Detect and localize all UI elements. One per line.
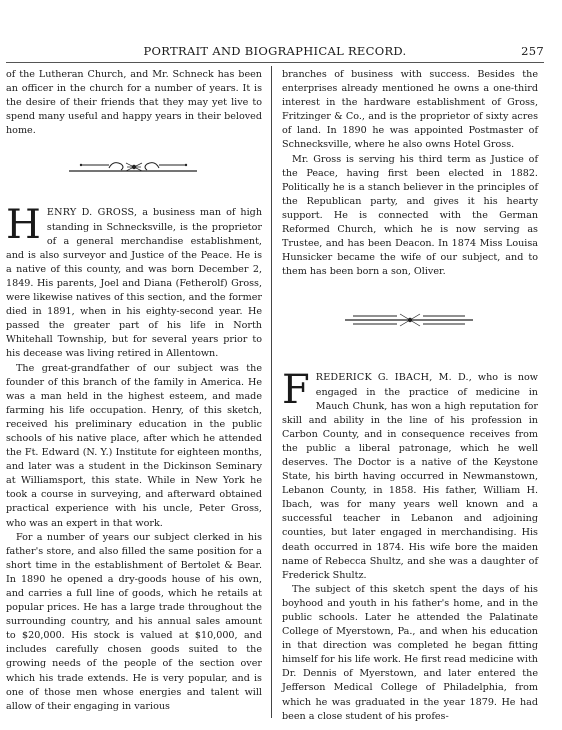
schneck-continuation: of the Lutheran Church, and Mr. Schneck … [6,68,262,138]
ibach-lead-name: REDERICK G. IBACH, M. D., [316,372,472,383]
gross-paragraph-4: Mr. Gross is serving his third term as J… [282,153,538,280]
left-column: of the Lutheran Church, and Mr. Schneck … [6,68,262,714]
ibach-p1-text: who is now engaged in the practice of me… [282,372,538,580]
page-number: 257 [521,44,544,58]
gross-p1-text: a business man of high standing in Schne… [6,207,262,359]
gross-paragraph-3: For a number of years our subject clerke… [6,531,262,714]
gross-paragraph-2: The great-grandfather of our subject was… [6,362,262,531]
right-column: branches of business with success. Besid… [282,68,538,724]
ornament-divider-icon [69,160,199,176]
header-rule [6,62,544,63]
running-title: PORTRAIT AND BIOGRAPHICAL RECORD. [6,44,544,58]
ibach-paragraph-1: FREDERICK G. IBACH, M. D., who is now en… [282,371,538,582]
drop-cap-h: H [6,208,41,242]
gross-lead-name: ENRY D. GROSS, [47,207,137,218]
column-divider [271,66,272,718]
ibach-paragraph-2: The subject of this sketch spent the day… [282,583,538,724]
gross-paragraph-1: HENRY D. GROSS, a business man of high s… [6,206,262,361]
gross-paragraph-3-continued: branches of business with success. Besid… [282,68,538,153]
drop-cap-f: F [282,373,310,407]
ornament-divider-icon [345,313,475,327]
page-header: PORTRAIT AND BIOGRAPHICAL RECORD. 257 [6,44,544,58]
